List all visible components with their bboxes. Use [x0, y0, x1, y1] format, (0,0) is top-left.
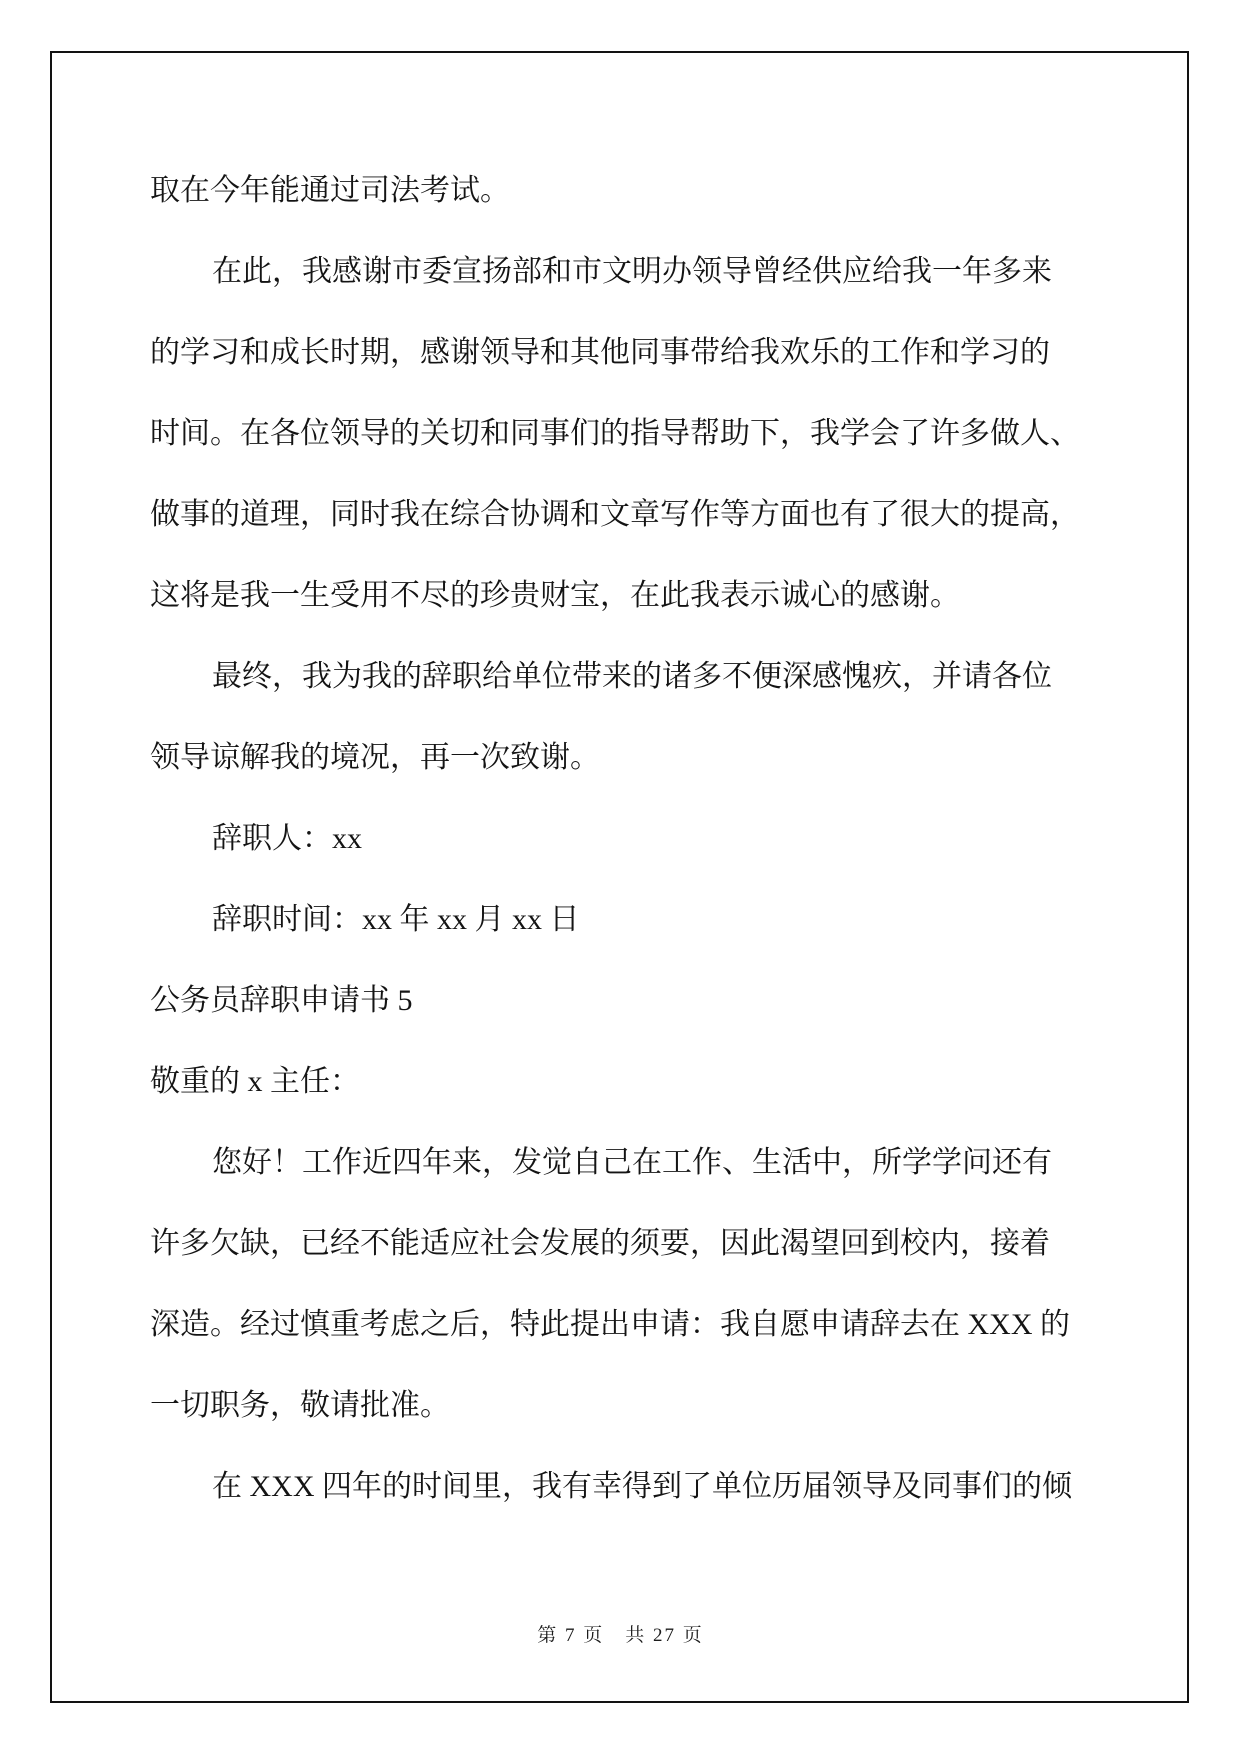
- text-line: 取在今年能通过司法考试。: [150, 150, 1106, 231]
- text-line: 领导谅解我的境况，再一次致谢。: [150, 717, 1106, 798]
- document-body: 取在今年能通过司法考试。 在此，我感谢市委宣扬部和市文明办领导曾经供应给我一年多…: [150, 150, 1106, 1527]
- text-line: 时间。在各位领导的关切和同事们的指导帮助下，我学会了许多做人、: [150, 393, 1106, 474]
- text-line: 您好！工作近四年来，发觉自己在工作、生活中，所学学问还有: [150, 1122, 1106, 1203]
- signature-line: 辞职人：xx: [150, 798, 1106, 879]
- text-line: 深造。经过慎重考虑之后，特此提出申请：我自愿申请辞去在 XXX 的: [150, 1284, 1106, 1365]
- text-line: 的学习和成长时期，感谢领导和其他同事带给我欢乐的工作和学习的: [150, 312, 1106, 393]
- text-line: 在 XXX 四年的时间里，我有幸得到了单位历届领导及同事们的倾: [150, 1446, 1106, 1527]
- text-line: 做事的道理，同时我在综合协调和文章写作等方面也有了很大的提高，: [150, 474, 1106, 555]
- salutation-line: 敬重的 x 主任：: [150, 1041, 1106, 1122]
- text-line: 在此，我感谢市委宣扬部和市文明办领导曾经供应给我一年多来: [150, 231, 1106, 312]
- document-page: 取在今年能通过司法考试。 在此，我感谢市委宣扬部和市文明办领导曾经供应给我一年多…: [0, 0, 1241, 1754]
- page-number-footer: 第 7 页 共 27 页: [0, 1620, 1241, 1647]
- date-line: 辞职时间：xx 年 xx 月 xx 日: [150, 879, 1106, 960]
- text-line: 最终，我为我的辞职给单位带来的诸多不便深感愧疚，并请各位: [150, 636, 1106, 717]
- text-line: 一切职务，敬请批准。: [150, 1365, 1106, 1446]
- section-heading: 公务员辞职申请书 5: [150, 960, 1106, 1041]
- text-line: 许多欠缺，已经不能适应社会发展的须要，因此渴望回到校内，接着: [150, 1203, 1106, 1284]
- text-line: 这将是我一生受用不尽的珍贵财宝，在此我表示诚心的感谢。: [150, 555, 1106, 636]
